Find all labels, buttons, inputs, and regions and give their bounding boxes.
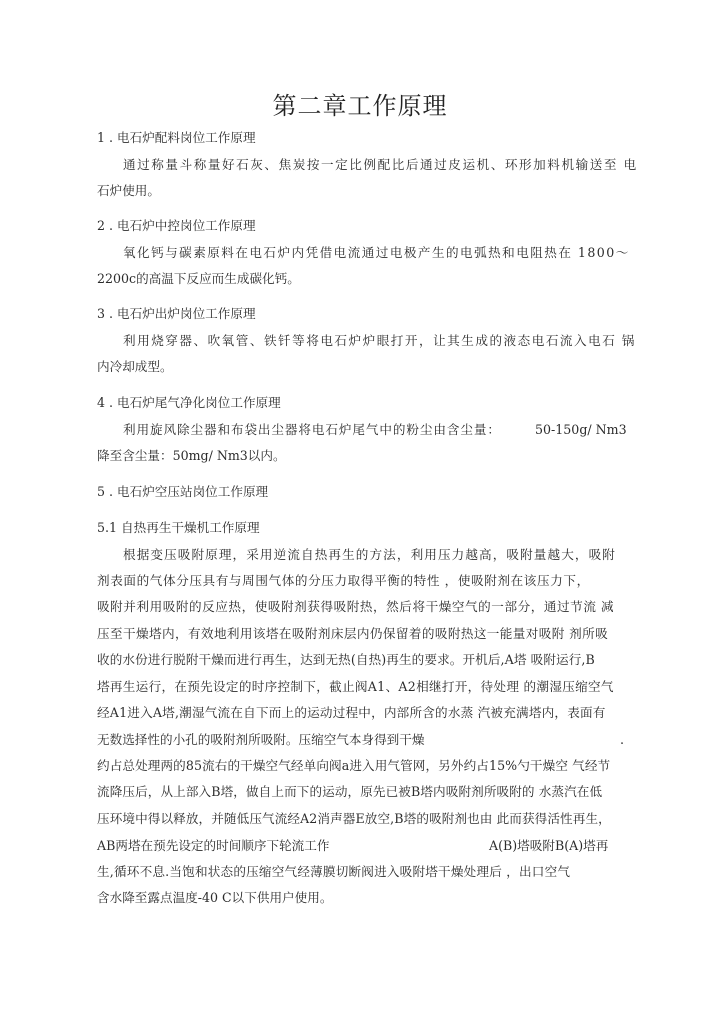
paragraph-line: 压至干燥塔内，有效地利用该塔在吸附剂床层内仍保留着的吸附热这一能量对吸附 剂所吸 bbox=[97, 625, 608, 643]
paragraph-line: 经A1进入A塔,潮湿气流在自下而上的运动过程中，内部所含的水蒸 汽被充满塔内，表… bbox=[97, 704, 606, 722]
paragraph-line: 石炉使用。 bbox=[97, 182, 160, 200]
subsection-heading: 5.1 自热再生干燥机工作原理 bbox=[97, 519, 260, 537]
paragraph-line: 塔再生运行，在预先设定的时序控制下，截止阀A1、A2相继打开，待处理 的潮湿压缩… bbox=[97, 678, 614, 696]
paragraph-line: 利用旋风除尘器和布袋出尘器将电石炉尾气中的粉尘由含尘量： bbox=[123, 421, 501, 439]
paragraph-line: 降至含尘量：50mg/ Nm3以内。 bbox=[97, 447, 286, 465]
paragraph-line: AB两塔在预先设定的时间顺序下轮流工作 bbox=[97, 837, 329, 855]
section-heading: 4 . 电石炉尾气净化岗位工作原理 bbox=[97, 394, 281, 412]
paragraph-line: 流降压后，从上部入B塔，做自上而下的运动，原先已被B塔内吸附剂所吸附的 水蒸汽在… bbox=[97, 783, 602, 801]
section-heading: 3 . 电石炉出炉岗位工作原理 bbox=[97, 305, 256, 323]
paragraph-line: 氧化钙与碳素原料在电石炉内凭借电流通过电极产生的电弧热和电阻热在 1800～ bbox=[123, 244, 630, 262]
paragraph-line: 无数选择性的小孔的吸附剂所吸附。压缩空气本身得到干燥 bbox=[97, 731, 424, 749]
section-heading: 1 . 电石炉配料岗位工作原理 bbox=[97, 129, 256, 147]
chapter-title: 第二章工作原理 bbox=[0, 86, 720, 121]
paragraph-line: 内冷却成型。 bbox=[97, 358, 173, 376]
tower-cycle-text: A(B)塔吸附B(A)塔再 bbox=[489, 837, 608, 855]
trailing-period: . bbox=[620, 731, 624, 749]
paragraph-line: 约占总处理两的85流右的干燥空气经单向阀a进入用气管网，另外约占15%勺干燥空 … bbox=[97, 757, 610, 775]
paragraph-line: 根据变压吸附原理，采用逆流自热再生的方法，利用压力越高，吸附量越大，吸附 bbox=[123, 546, 616, 564]
section-heading: 2 . 电石炉中控岗位工作原理 bbox=[97, 217, 256, 235]
paragraph-line: 2200c的高温下反应而生成碳化钙。 bbox=[97, 270, 300, 288]
paragraph-line: 含水降至露点温度-40 C以下供用户使用。 bbox=[97, 889, 332, 907]
paragraph-line: 生,循环不息.当饱和状态的压缩空气经薄膜切断阀进入吸附塔干燥处理后 ，出口空气 bbox=[97, 863, 570, 881]
paragraph-line: 剂表面的气体分压具有与周围气体的分压力取得平衡的特性 ，使吸附剂在该压力下， bbox=[97, 572, 590, 590]
paragraph-line: 吸附并利用吸附的反应热，使吸附剂获得吸附热，然后将干燥空气的一部分，通过节流 减 bbox=[97, 598, 614, 616]
paragraph-line: 压环境中得以释放，并随低压气流经A2消声器E放空,B塔的吸附剂也由 此而获得活性… bbox=[97, 810, 611, 828]
dust-concentration-value: 50-150g/ Nm3 bbox=[535, 421, 627, 439]
paragraph-line: 通过称量斗称量好石灰、焦炭按一定比例配比后通过皮运机、环形加料机输送至 电 bbox=[123, 156, 638, 174]
paragraph-line: 收的水份进行脱附干燥而进行再生，达到无热(自热)再生的要求。开机后,A塔 吸附运… bbox=[97, 651, 595, 669]
paragraph-line: 利用烧穿器、吹氧管、铁钎等将电石炉炉眼打开，让其生成的液态电石流入电石 锅 bbox=[123, 332, 636, 350]
section-heading: 5 . 电石炉空压站岗位工作原理 bbox=[97, 483, 268, 501]
